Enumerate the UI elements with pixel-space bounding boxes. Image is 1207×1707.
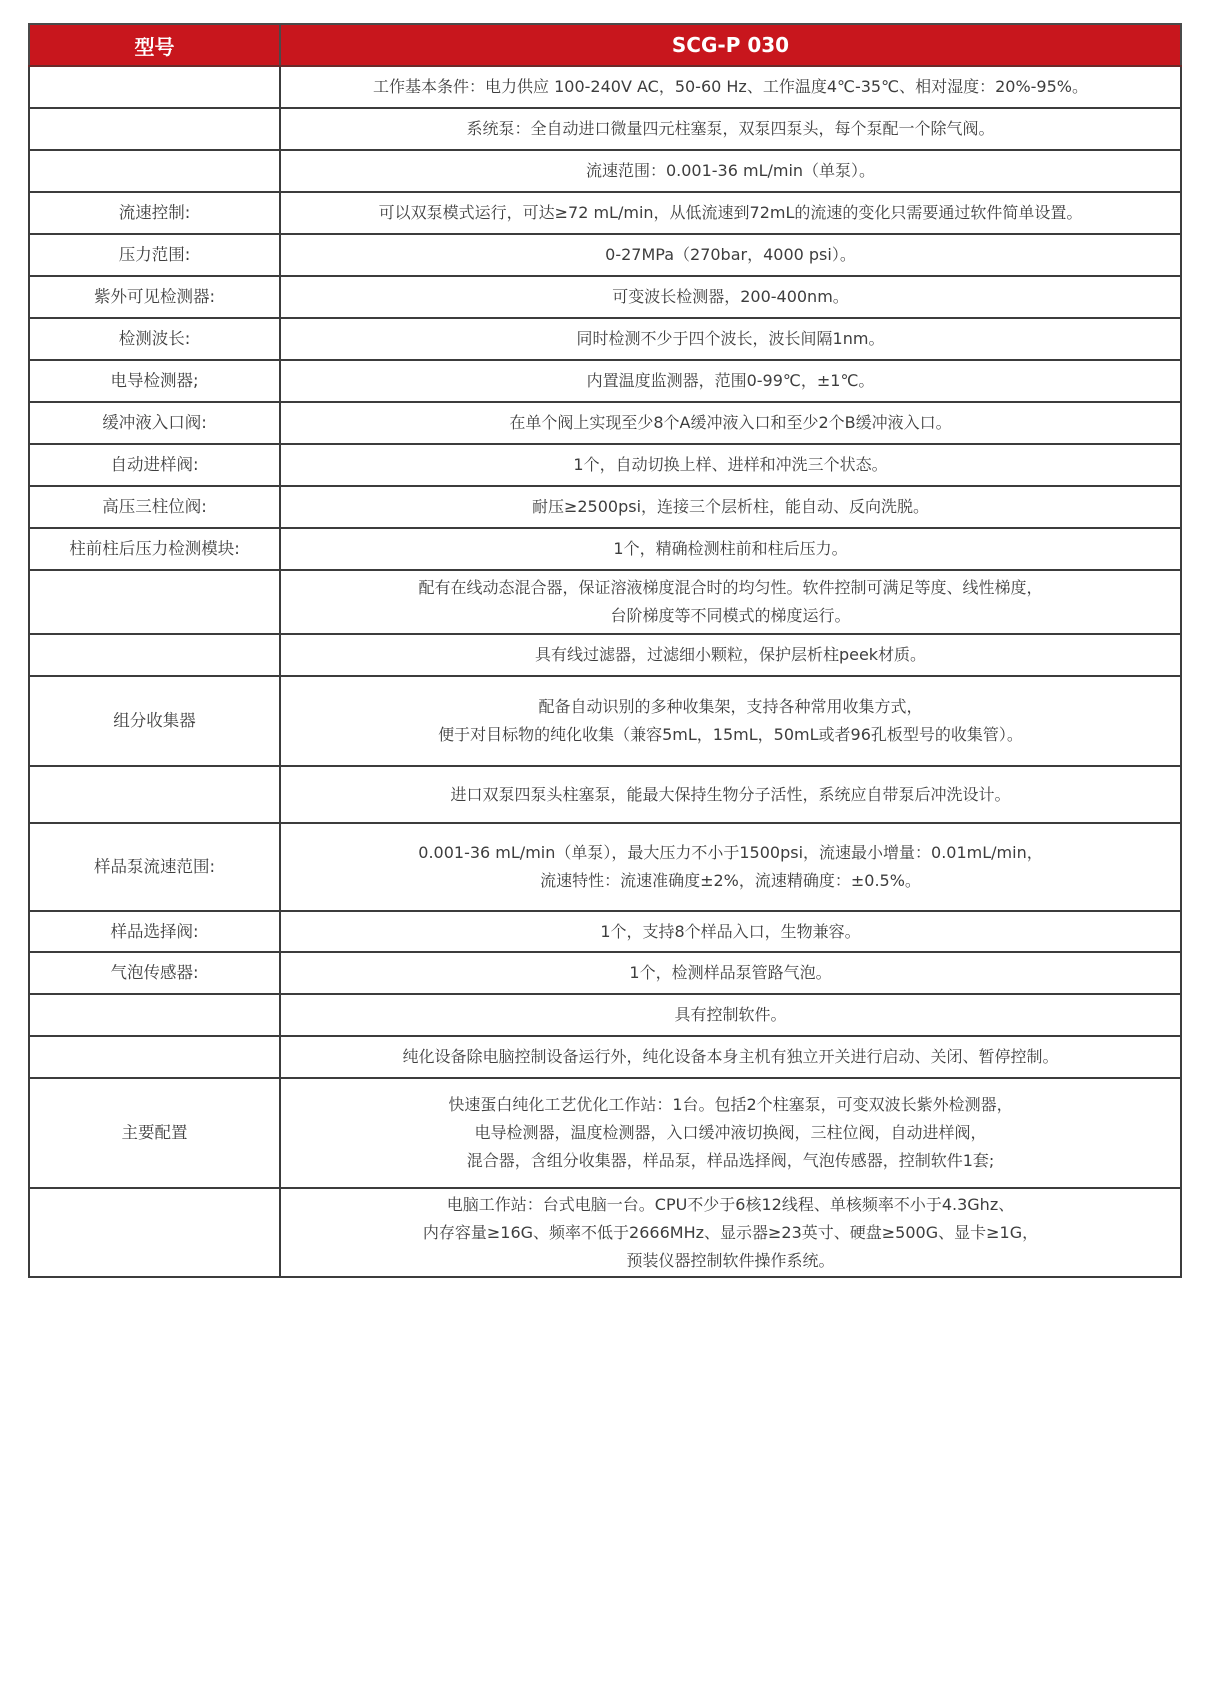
header-model-label: 型号 xyxy=(29,24,280,66)
spec-value: 内置温度监测器，范围0-99℃，±1℃。 xyxy=(280,360,1181,402)
table-row: 样品泵流速范围:0.001-36 mL/min（单泵），最大压力不小于1500p… xyxy=(29,823,1181,911)
table-row: 高压三柱位阀:耐压≥2500psi，连接三个层析柱，能自动、反向洗脱。 xyxy=(29,486,1181,528)
table-row: 检测波长:同时检测不少于四个波长，波长间隔1nm。 xyxy=(29,318,1181,360)
table-row: 压力范围:0-27MPa（270bar，4000 psi）。 xyxy=(29,234,1181,276)
spec-value: 配有在线动态混合器，保证溶液梯度混合时的均匀性。软件控制可满足等度、线性梯度， … xyxy=(280,570,1181,634)
spec-label: 组分收集器 xyxy=(29,676,280,766)
spec-value: 1个，检测样品泵管路气泡。 xyxy=(280,952,1181,994)
spec-label xyxy=(29,570,280,634)
table-row: 电脑工作站：台式电脑一台。CPU不少于6核12线程、单核频率不小于4.3Ghz、… xyxy=(29,1188,1181,1277)
table-row: 工作基本条件：电力供应 100-240V AC，50-60 Hz、工作温度4℃-… xyxy=(29,66,1181,108)
spec-value: 可以双泵模式运行，可达≥72 mL/min，从低流速到72mL的流速的变化只需要… xyxy=(280,192,1181,234)
table-row: 样品选择阀:1个，支持8个样品入口，生物兼容。 xyxy=(29,911,1181,952)
spec-label xyxy=(29,1188,280,1277)
table-body: 工作基本条件：电力供应 100-240V AC，50-60 Hz、工作温度4℃-… xyxy=(29,66,1181,1277)
spec-value: 进口双泵四泵头柱塞泵，能最大保持生物分子活性，系统应自带泵后冲洗设计。 xyxy=(280,766,1181,823)
spec-label: 检测波长: xyxy=(29,318,280,360)
table-row: 纯化设备除电脑控制设备运行外，纯化设备本身主机有独立开关进行启动、关闭、暂停控制… xyxy=(29,1036,1181,1078)
table-header-row: 型号 SCG-P 030 xyxy=(29,24,1181,66)
table-row: 配有在线动态混合器，保证溶液梯度混合时的均匀性。软件控制可满足等度、线性梯度， … xyxy=(29,570,1181,634)
table-row: 紫外可见检测器:可变波长检测器，200-400nm。 xyxy=(29,276,1181,318)
spec-label xyxy=(29,1036,280,1078)
spec-label xyxy=(29,994,280,1036)
spec-label: 流速控制: xyxy=(29,192,280,234)
spec-value: 具有控制软件。 xyxy=(280,994,1181,1036)
table-row: 系统泵：全自动进口微量四元柱塞泵，双泵四泵头，每个泵配一个除气阀。 xyxy=(29,108,1181,150)
spec-label xyxy=(29,150,280,192)
table-row: 组分收集器配备自动识别的多种收集架，支持各种常用收集方式， 便于对目标物的纯化收… xyxy=(29,676,1181,766)
spec-value: 同时检测不少于四个波长，波长间隔1nm。 xyxy=(280,318,1181,360)
spec-value: 1个，精确检测柱前和柱后压力。 xyxy=(280,528,1181,570)
table-row: 主要配置快速蛋白纯化工艺优化工作站：1台。包括2个柱塞泵，可变双波长紫外检测器，… xyxy=(29,1078,1181,1188)
spec-label: 气泡传感器: xyxy=(29,952,280,994)
spec-label: 自动进样阀: xyxy=(29,444,280,486)
spec-label xyxy=(29,108,280,150)
spec-label: 主要配置 xyxy=(29,1078,280,1188)
table-row: 柱前柱后压力检测模块:1个，精确检测柱前和柱后压力。 xyxy=(29,528,1181,570)
table-row: 流速范围：0.001-36 mL/min（单泵）。 xyxy=(29,150,1181,192)
spec-label: 高压三柱位阀: xyxy=(29,486,280,528)
table-row: 流速控制:可以双泵模式运行，可达≥72 mL/min，从低流速到72mL的流速的… xyxy=(29,192,1181,234)
spec-label xyxy=(29,634,280,676)
spec-label: 样品选择阀: xyxy=(29,911,280,952)
spec-label xyxy=(29,766,280,823)
table-row: 电导检测器;内置温度监测器，范围0-99℃，±1℃。 xyxy=(29,360,1181,402)
spec-value: 0.001-36 mL/min（单泵），最大压力不小于1500psi，流速最小增… xyxy=(280,823,1181,911)
spec-label: 压力范围: xyxy=(29,234,280,276)
spec-value: 系统泵：全自动进口微量四元柱塞泵，双泵四泵头，每个泵配一个除气阀。 xyxy=(280,108,1181,150)
spec-value: 在单个阀上实现至少8个A缓冲液入口和至少2个B缓冲液入口。 xyxy=(280,402,1181,444)
spec-label: 电导检测器; xyxy=(29,360,280,402)
spec-label: 缓冲液入口阀: xyxy=(29,402,280,444)
spec-value: 具有线过滤器，过滤细小颗粒，保护层析柱peek材质。 xyxy=(280,634,1181,676)
spec-table: 型号 SCG-P 030 工作基本条件：电力供应 100-240V AC，50-… xyxy=(28,23,1182,1278)
table-row: 具有线过滤器，过滤细小颗粒，保护层析柱peek材质。 xyxy=(29,634,1181,676)
spec-value: 快速蛋白纯化工艺优化工作站：1台。包括2个柱塞泵，可变双波长紫外检测器， 电导检… xyxy=(280,1078,1181,1188)
header-model-value: SCG-P 030 xyxy=(280,24,1181,66)
table-row: 具有控制软件。 xyxy=(29,994,1181,1036)
spec-value: 流速范围：0.001-36 mL/min（单泵）。 xyxy=(280,150,1181,192)
spec-value: 1个，支持8个样品入口，生物兼容。 xyxy=(280,911,1181,952)
spec-value: 可变波长检测器，200-400nm。 xyxy=(280,276,1181,318)
table-row: 缓冲液入口阀:在单个阀上实现至少8个A缓冲液入口和至少2个B缓冲液入口。 xyxy=(29,402,1181,444)
spec-value: 1个，自动切换上样、进样和冲洗三个状态。 xyxy=(280,444,1181,486)
spec-label xyxy=(29,66,280,108)
spec-label: 紫外可见检测器: xyxy=(29,276,280,318)
table-row: 进口双泵四泵头柱塞泵，能最大保持生物分子活性，系统应自带泵后冲洗设计。 xyxy=(29,766,1181,823)
table-row: 气泡传感器:1个，检测样品泵管路气泡。 xyxy=(29,952,1181,994)
spec-value: 耐压≥2500psi，连接三个层析柱，能自动、反向洗脱。 xyxy=(280,486,1181,528)
spec-value: 纯化设备除电脑控制设备运行外，纯化设备本身主机有独立开关进行启动、关闭、暂停控制… xyxy=(280,1036,1181,1078)
spec-label: 柱前柱后压力检测模块: xyxy=(29,528,280,570)
spec-value: 配备自动识别的多种收集架，支持各种常用收集方式， 便于对目标物的纯化收集（兼容5… xyxy=(280,676,1181,766)
spec-value: 0-27MPa（270bar，4000 psi）。 xyxy=(280,234,1181,276)
spec-value: 电脑工作站：台式电脑一台。CPU不少于6核12线程、单核频率不小于4.3Ghz、… xyxy=(280,1188,1181,1277)
spec-label: 样品泵流速范围: xyxy=(29,823,280,911)
spec-value: 工作基本条件：电力供应 100-240V AC，50-60 Hz、工作温度4℃-… xyxy=(280,66,1181,108)
table-row: 自动进样阀:1个，自动切换上样、进样和冲洗三个状态。 xyxy=(29,444,1181,486)
